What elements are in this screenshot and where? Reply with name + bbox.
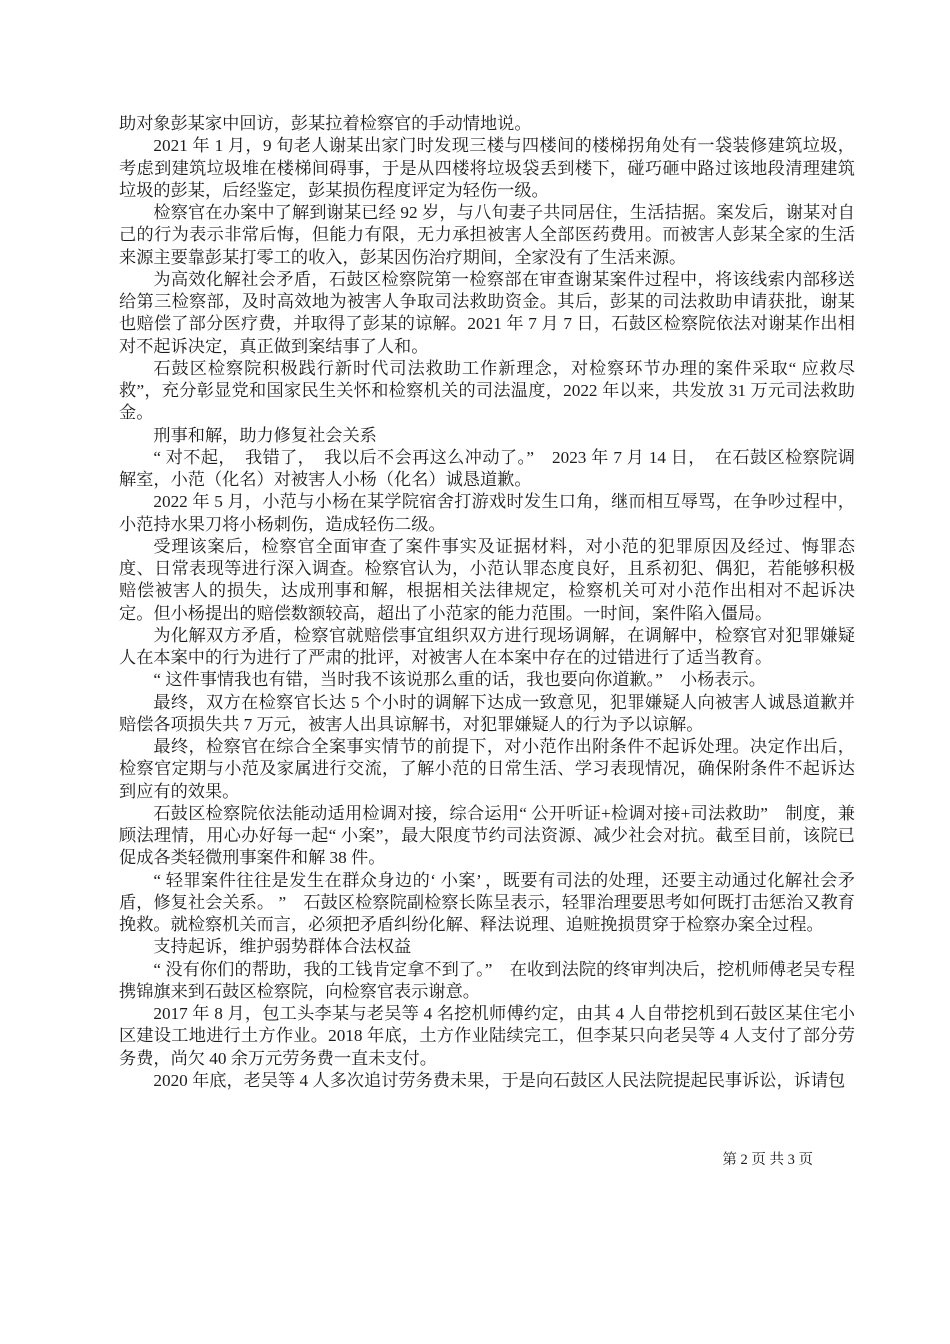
paragraph: 2020 年底，老吴等 4 人多次追讨劳务费未果，于是向石鼓区人民法院提起民事诉… (119, 1070, 855, 1092)
section-heading: 支持起诉，维护弱势群体合法权益 (119, 936, 855, 958)
paragraph: 2022 年 5 月，小范与小杨在某学院宿舍打游戏时发生口角，继而相互辱骂，在争… (119, 491, 855, 536)
paragraph: 石鼓区检察院积极践行新时代司法救助工作新理念，对检察环节办理的案件采取“ 应救尽… (119, 358, 855, 425)
paragraph: 2021 年 1 月，9 旬老人谢某出家门时发现三楼与四楼间的楼梯拐角处有一袋装… (119, 135, 855, 202)
paragraph: “ 没有你们的帮助，我的工钱肯定拿不到了。” 在收到法院的终审判决后，挖机师傅老… (119, 959, 855, 1004)
paragraph: 最终，双方在检察官长达 5 个小时的调解下达成一致意见，犯罪嫌疑人向被害人诚恳道… (119, 692, 855, 737)
paragraph: 受理该案后，检察官全面审查了案件事实及证据材料，对小范的犯罪原因及经过、悔罪态度… (119, 536, 855, 625)
paragraph: “ 轻罪案件往往是发生在群众身边的‘ 小案’ ，既要有司法的处理，还要主动通过化… (119, 870, 855, 937)
document-body: 助对象彭某家中回访，彭某拉着检察官的手动情地说。 2021 年 1 月，9 旬老… (119, 113, 855, 1092)
paragraph: 为化解双方矛盾，检察官就赔偿事宜组织双方进行现场调解，在调解中，检察官对犯罪嫌疑… (119, 625, 855, 670)
paragraph: 石鼓区检察院依法能动适用检调对接，综合运用“ 公开听证+检调对接+司法救助” 制… (119, 803, 855, 870)
paragraph: 为高效化解社会矛盾，石鼓区检察院第一检察部在审查谢某案件过程中，将该线索内部移送… (119, 269, 855, 358)
page-number-footer: 第 2 页 共 3 页 (0, 1148, 813, 1169)
paragraph: 2017 年 8 月，包工头李某与老吴等 4 名挖机师傅约定，由其 4 人自带挖… (119, 1003, 855, 1070)
paragraph: “ 这件事情我也有错，当时我不该说那么重的话，我也要向你道歉。” 小杨表示。 (119, 669, 855, 691)
paragraph: 最终，检察官在综合全案事实情节的前提下，对小范作出附条件不起诉处理。决定作出后，… (119, 736, 855, 803)
paragraph: “ 对不起， 我错了， 我以后不会再这么冲动了。” 2023 年 7 月 14 … (119, 447, 855, 492)
section-heading: 刑事和解，助力修复社会关系 (119, 425, 855, 447)
document-page: 助对象彭某家中回访，彭某拉着检察官的手动情地说。 2021 年 1 月，9 旬老… (0, 0, 950, 1344)
paragraph: 检察官在办案中了解到谢某已经 92 岁，与八旬妻子共同居住，生活拮据。案发后，谢… (119, 202, 855, 269)
paragraph: 助对象彭某家中回访，彭某拉着检察官的手动情地说。 (119, 113, 855, 135)
